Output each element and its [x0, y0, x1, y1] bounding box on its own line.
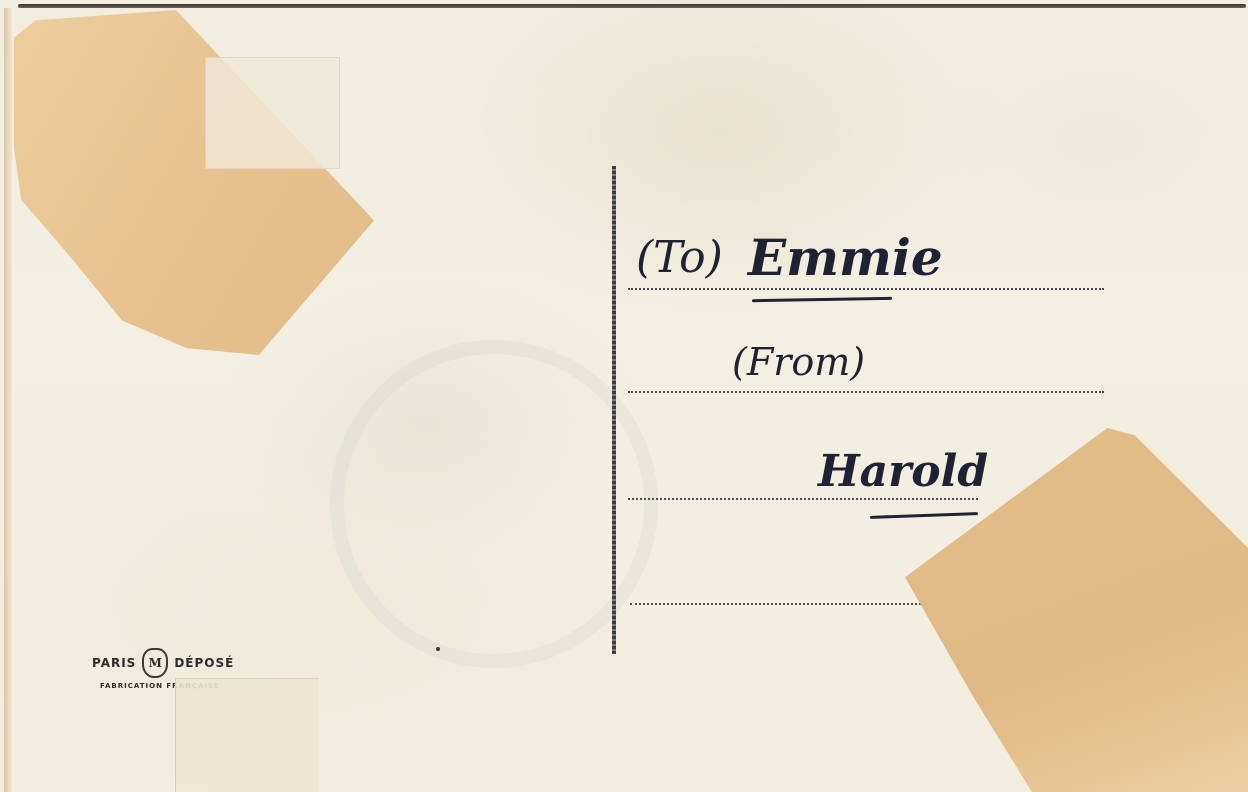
- publisher-city: PARIS: [92, 656, 136, 670]
- card-left-edge: [4, 8, 12, 792]
- publisher-logo-icon: M: [142, 648, 168, 678]
- ink-speck: [436, 647, 440, 651]
- center-divider-line: [612, 166, 616, 654]
- water-stain: [330, 340, 658, 668]
- clear-tape-bottom-left: [175, 678, 319, 792]
- clear-tape-top-left: [205, 57, 340, 169]
- to-label: (To): [636, 232, 723, 283]
- address-line-2: [628, 391, 1104, 393]
- card-top-edge: [18, 4, 1246, 8]
- sender-underline: [870, 512, 978, 519]
- address-line-3: [628, 498, 978, 500]
- publisher-registered: DÉPOSÉ: [174, 656, 234, 670]
- from-label: (From): [732, 340, 865, 384]
- sender-name: Harold: [818, 446, 988, 497]
- address-line-1: [628, 288, 1104, 290]
- recipient-name: Emmie: [748, 228, 943, 287]
- postcard-back: (To) Emmie (From) Harold PARIS M DÉPOSÉ …: [0, 0, 1248, 792]
- recipient-underline: [752, 297, 892, 302]
- address-line-4: [630, 603, 925, 605]
